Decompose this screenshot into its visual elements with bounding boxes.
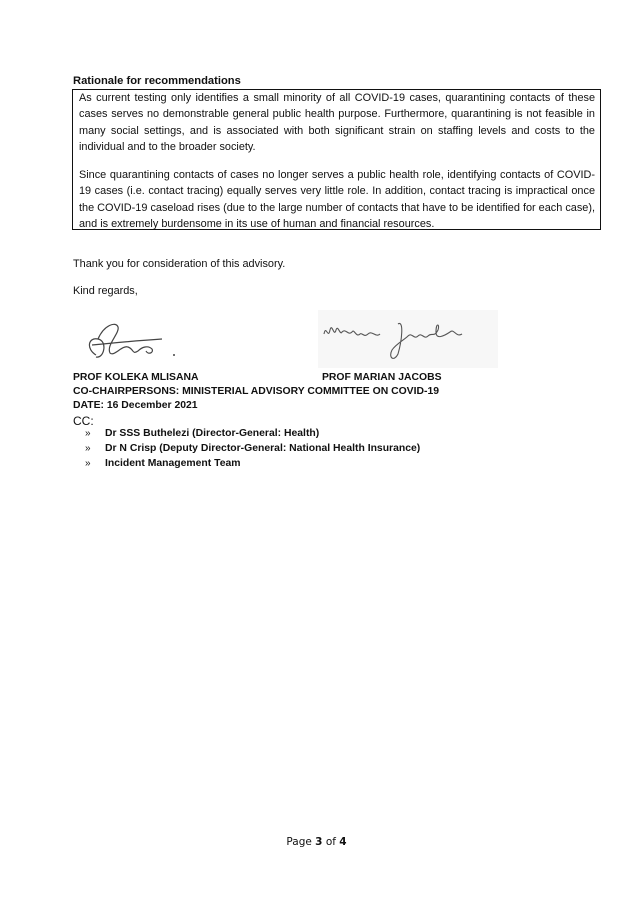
- page-number-footer: Page 3 of 4: [0, 836, 633, 848]
- cc-item: »Incident Management Team: [85, 458, 420, 473]
- signatory-name-right: PROF MARIAN JACOBS: [322, 372, 442, 383]
- bullet-icon: »: [85, 458, 105, 469]
- cc-label: CC:: [73, 414, 94, 428]
- rationale-paragraph: Since quarantining contacts of cases no …: [79, 167, 595, 232]
- signatory-title: CO-CHAIRPERSONS: MINISTERIAL ADVISORY CO…: [73, 386, 439, 397]
- signatory-name-left: PROF KOLEKA MLISANA: [73, 372, 198, 383]
- thanks-line: Thank you for consideration of this advi…: [73, 258, 285, 270]
- cc-list: »Dr SSS Buthelezi (Director-General: Hea…: [85, 428, 420, 473]
- section-heading: Rationale for recommendations: [73, 75, 241, 87]
- regards-line: Kind regards,: [73, 285, 138, 297]
- cc-item: »Dr SSS Buthelezi (Director-General: Hea…: [85, 428, 420, 443]
- signature-jacobs-icon: [318, 310, 498, 368]
- document-date: DATE: 16 December 2021: [73, 400, 198, 411]
- bullet-icon: »: [85, 443, 105, 454]
- document-page: Rationale for recommendations As current…: [0, 0, 633, 899]
- bullet-icon: »: [85, 428, 105, 439]
- cc-item: »Dr N Crisp (Deputy Director-General: Na…: [85, 443, 420, 458]
- signature-mlisana-icon: [82, 315, 187, 363]
- rationale-box: As current testing only identifies a sma…: [72, 89, 601, 230]
- rationale-paragraph: As current testing only identifies a sma…: [79, 90, 595, 155]
